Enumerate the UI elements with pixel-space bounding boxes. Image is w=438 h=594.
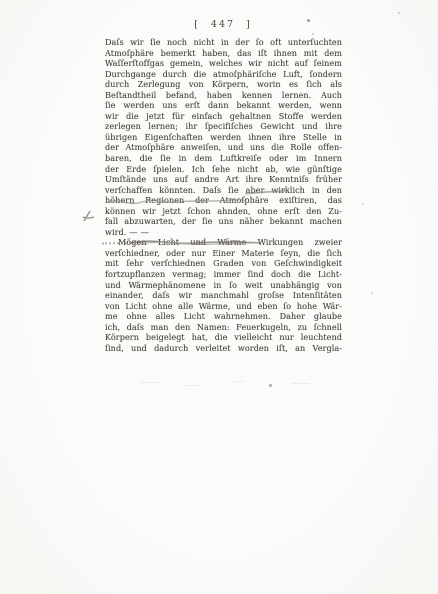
scan-speck [307, 19, 310, 22]
text-line: Durchgange durch die atmoſphäriſche Luft… [105, 69, 342, 80]
text-line: einander, daſs wir manchmahl groſse Inte… [105, 290, 342, 301]
text-line: der Erde ſpielen. Ich ſehe nicht ab, wie… [105, 164, 342, 175]
text-line: Umſtände uns auf andre Art ihre Kenntniſ… [105, 174, 342, 185]
text-line: mit ſehr verſchiednen Graden von Geſchwi… [105, 258, 342, 269]
scan-speck [371, 292, 373, 294]
text-line: wir die jetzt für einfach gehaltnen Stof… [105, 111, 342, 122]
text-line: übrigen Eigenſchaften werden ihnen ihre … [105, 132, 342, 143]
text-line: verſchiedner, oder nur Einer Materie ſey… [105, 248, 342, 259]
text-line: durch Zerlegung von Körpern, worin es ſi… [105, 79, 342, 90]
scan-speck [269, 384, 272, 387]
scan-smudge [232, 381, 244, 382]
text-line: me ohne alles Licht wahrnehmen. Daher gl… [105, 311, 342, 322]
text-line: Beſtandtheil befand, haben kennen lernen… [105, 90, 342, 101]
text-line: fortzupflanzen vermag; immer ſind doch d… [105, 269, 342, 280]
text-line: verſchaffen könnten. Daſs ſie aber wirkl… [105, 185, 342, 196]
text-line: ſie werden uns erſt dann bekannt werden,… [105, 100, 342, 111]
text-line-paragraph-start: Mögen Licht und Wärme Wirkungen zweier [105, 237, 342, 248]
scanned-book-page: [ 447 ] Daſs wir ſie noch nicht in der ſ… [0, 0, 438, 594]
text-line: der Atmoſphäre anweiſen, und uns die Rol… [105, 142, 342, 153]
text-line: Daſs wir ſie noch nicht in der ſo oft un… [105, 37, 342, 48]
scan-smudge [292, 383, 310, 384]
text-line: ſind, und dadurch verleitet worden iſt, … [105, 343, 342, 354]
text-line: wird. — — [105, 227, 342, 238]
margin-pencil-mark [81, 208, 97, 224]
text-line: und Wärmephänomene in ſo weit unabhängig… [105, 280, 342, 291]
text-line: höhern Regionen der Atmoſphäre exiſtiren… [105, 195, 342, 206]
body-text: Daſs wir ſie noch nicht in der ſo oft un… [105, 37, 342, 353]
scan-smudge [186, 385, 202, 386]
text-line: fall abzuwarten, der ſie uns näher bekan… [105, 216, 342, 227]
text-line: können wir jetzt ſchon ahnden, ohne erſt… [105, 206, 342, 217]
text-line: zerlegen lernen; ihr ſpecifiſches Gewich… [105, 121, 342, 132]
text-line: von Licht ohne alle Wärme, und eben ſo h… [105, 301, 342, 312]
text-line: Atmoſphäre bemerkt haben, das iſt ihnen … [105, 48, 342, 59]
scan-speck [398, 12, 400, 14]
text-line: ich, daſs man den Namen: Feuerkugeln, zu… [105, 322, 342, 333]
scan-speck [362, 203, 364, 205]
text-line: baren, die ſie in dem Luftkreiſe oder im… [105, 153, 342, 164]
text-line: Körpern beigelegt hat, die vielleicht nu… [105, 332, 342, 343]
scan-smudge [140, 382, 162, 383]
scan-speck [312, 33, 314, 35]
text-line: Waſſerſtoffgas gemein, welches wir nicht… [105, 58, 342, 69]
